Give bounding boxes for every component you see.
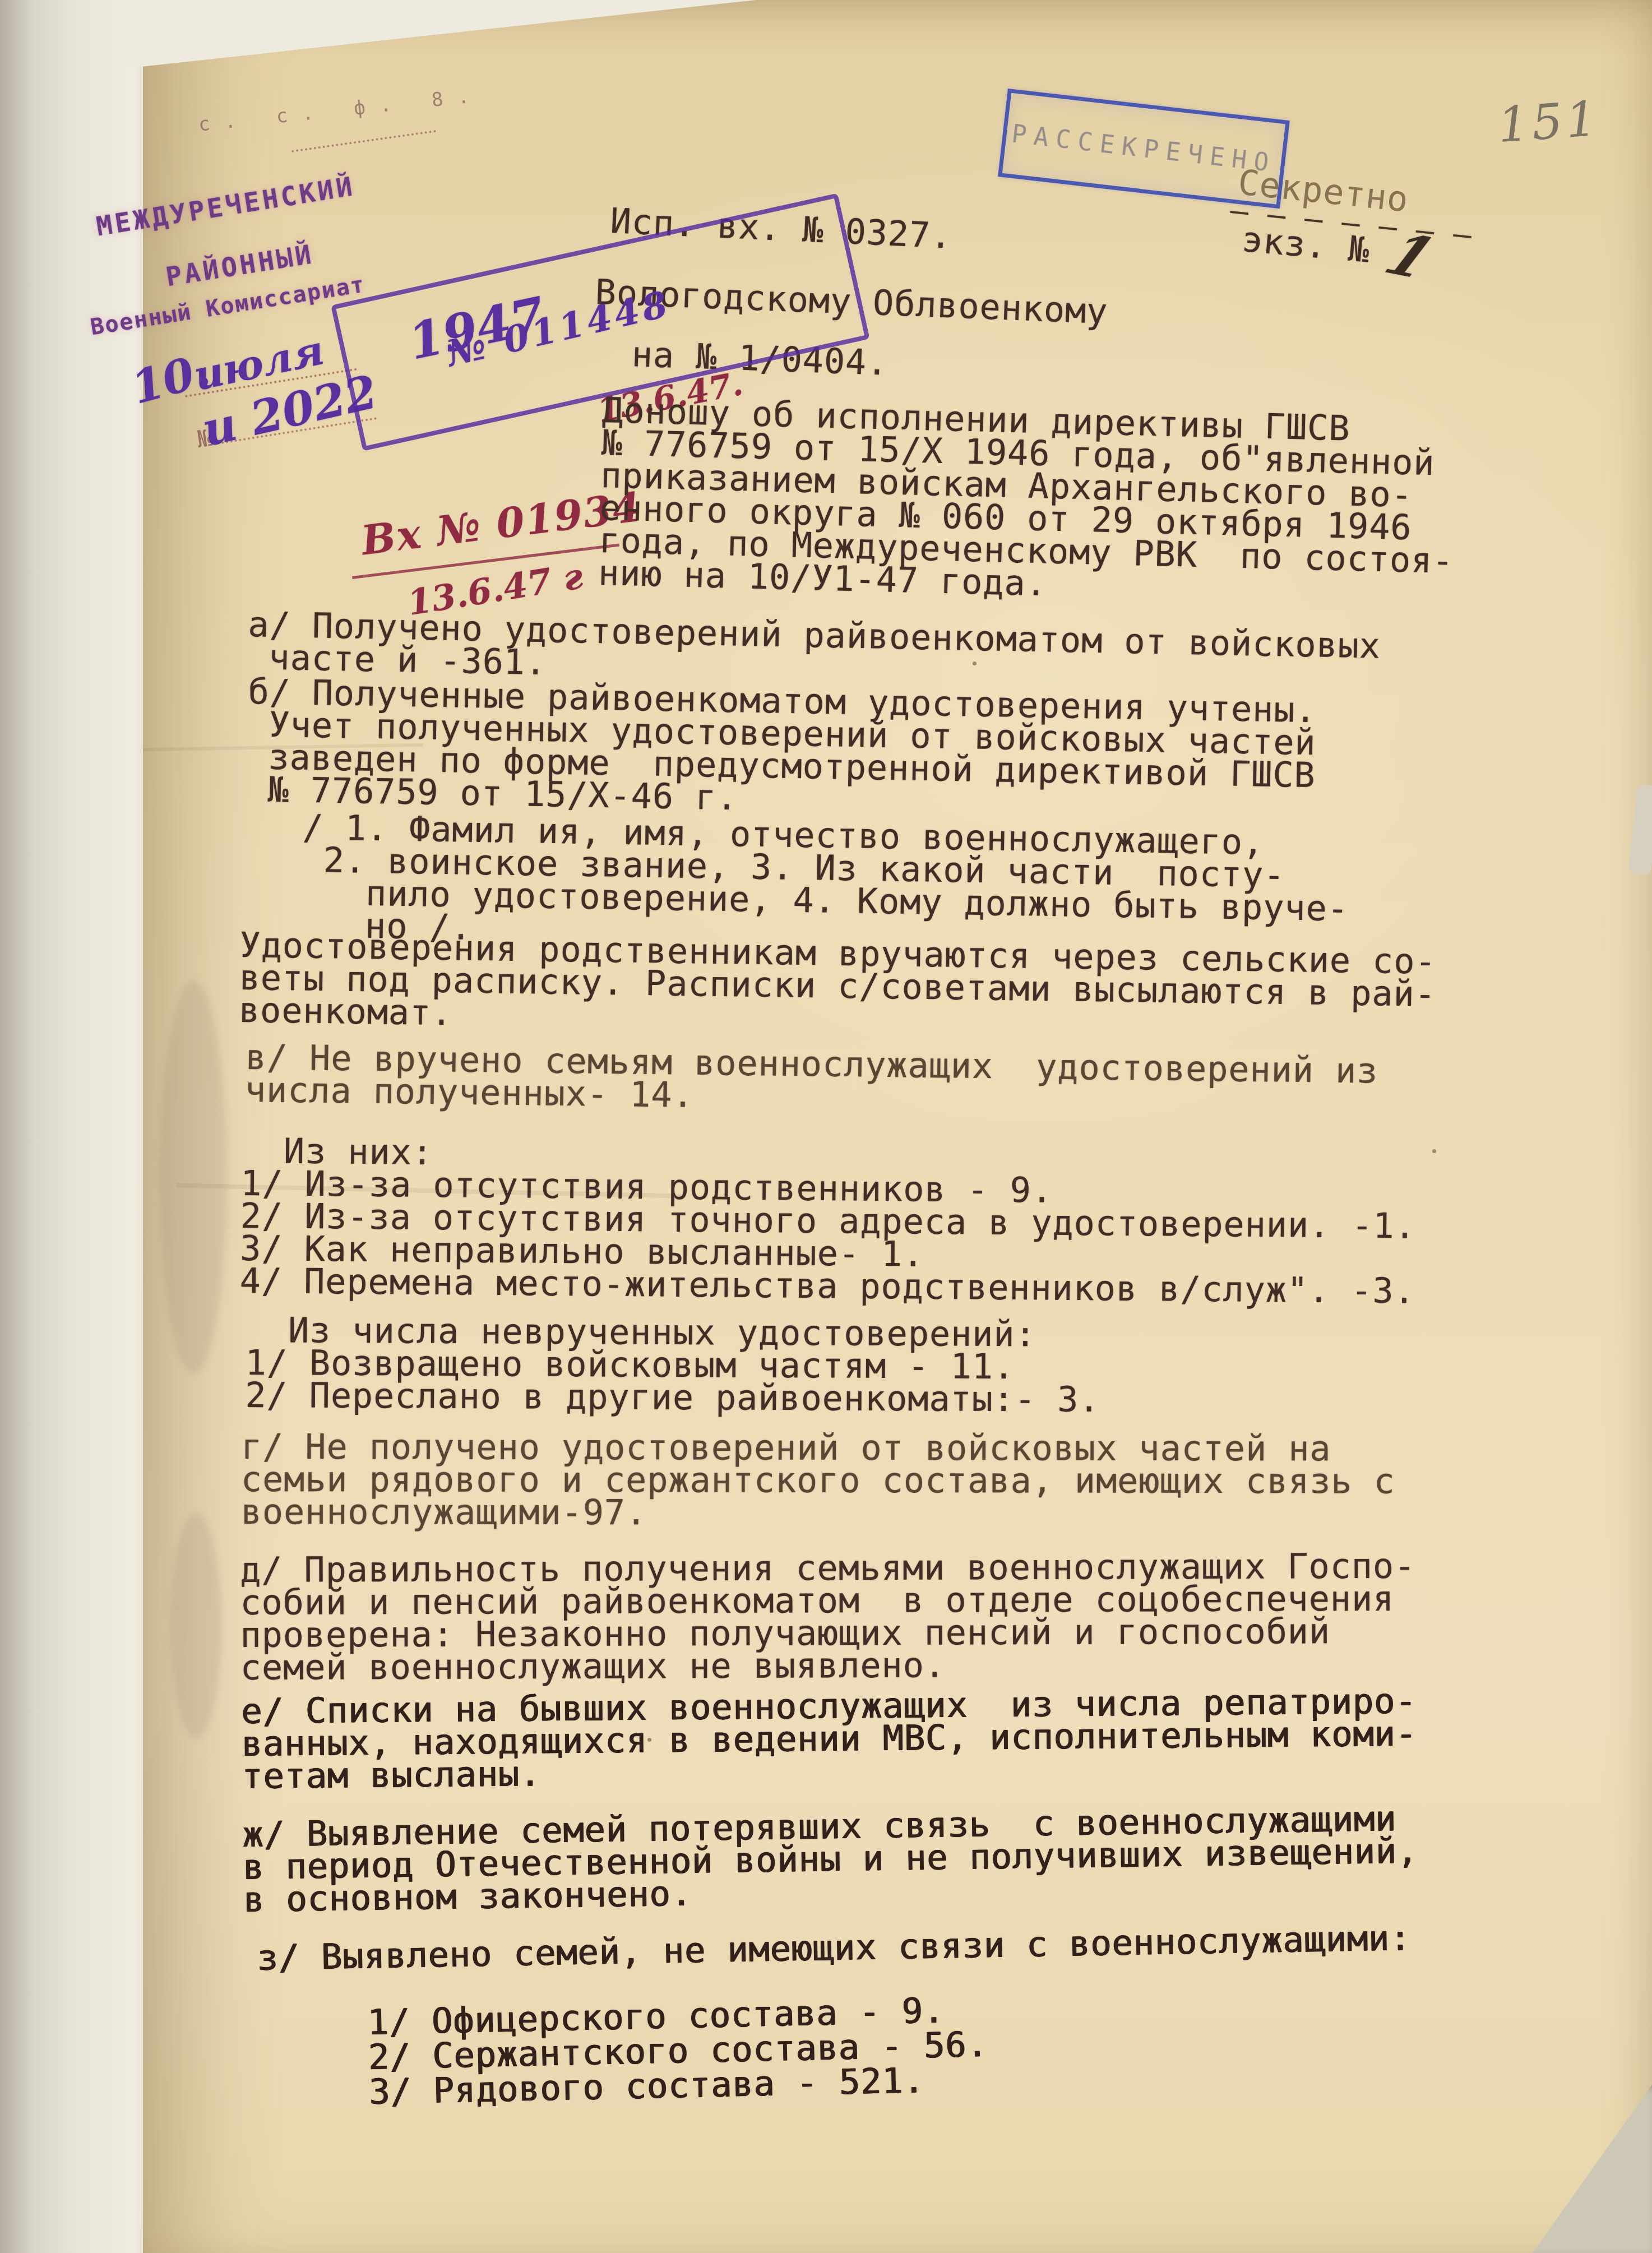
body-paragraph-zh: ж/ Выявление семей потерявших связь с во… [242, 1802, 1419, 1916]
bleed-through-smudge [171, 1514, 221, 1738]
body-paragraph-intro: Доношу об исполнении директивы ГШСВ № 77… [598, 394, 1457, 610]
declassification-stamp-text: РАССЕКРЕЧЕНО [1010, 119, 1278, 178]
paper-speck [1432, 1149, 1436, 1153]
body-paragraph-d: д/ Правильность получения семьями военно… [240, 1550, 1416, 1684]
bleed-through-smudge [160, 981, 227, 1373]
body-paragraph-g: г/ Не получено удостоверений от войсковы… [241, 1431, 1395, 1530]
body-list-undelivered-reasons: Из них: 1/ Из-за отсутствия родственнико… [239, 1135, 1416, 1307]
body-paragraph-b: б/ Полученные райвоенкоматом удостоверен… [246, 676, 1317, 824]
body-paragraph-v: в/ Не вручено семьям военнослужащих удос… [245, 1041, 1378, 1120]
document-scan: 151 РАССЕКРЕЧЕНО Секретно – – – – – – – … [0, 0, 1652, 2253]
body-paragraph-e: е/ Списки на бывших военнослужащих из чи… [241, 1685, 1417, 1793]
page-number: 151 [1496, 91, 1602, 154]
body-paragraph-delivery-note: Удостоверения родственникам вручаются че… [239, 929, 1437, 1043]
body-list-undelivered-actions: Из числа неврученных удостоверений: 1/ В… [245, 1314, 1100, 1416]
body-list-families-found: 1/ Офицерского состава - 9. 2/ Сержантск… [367, 1992, 989, 2109]
